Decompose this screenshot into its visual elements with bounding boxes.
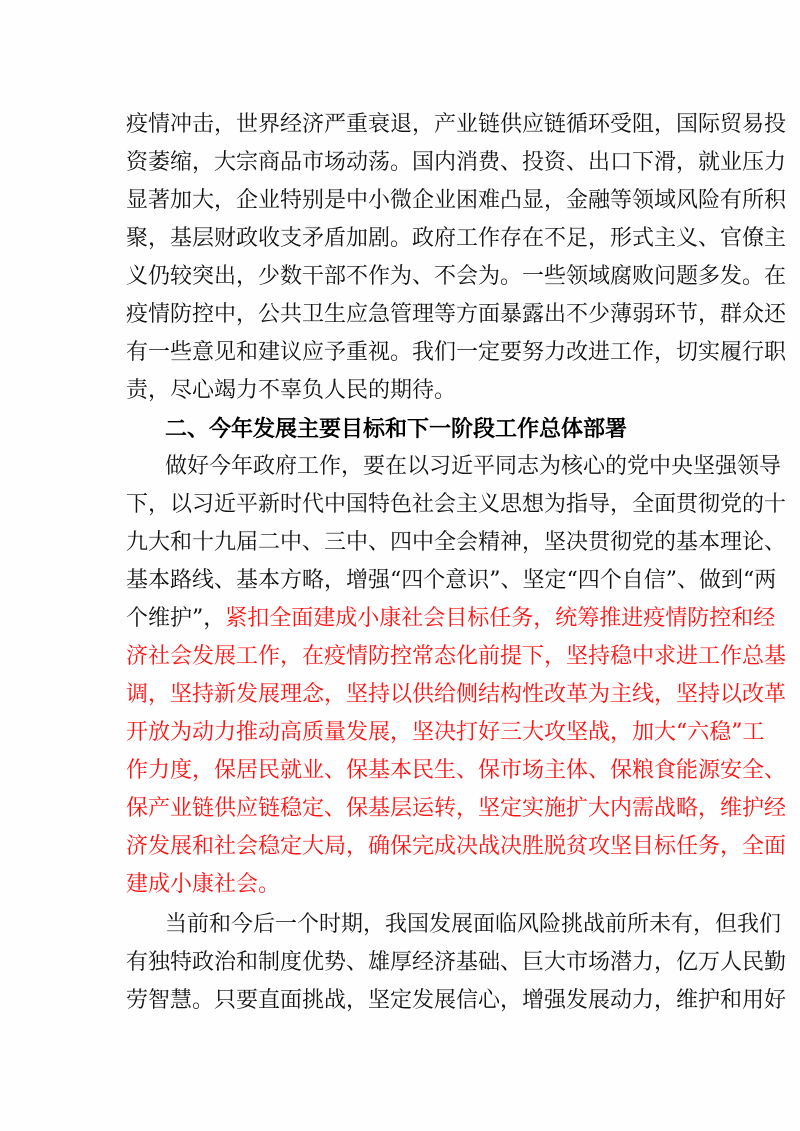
text-segment: 疫情防控中，公共卫生应急管理等方面暴露出不少薄弱环节，群众还 [126, 302, 786, 327]
text-segment: 有一些意见和建议应予重视。我们一定要努力改进工作，切实履行职 [126, 340, 786, 365]
highlighted-line: 保产业链供应链稳定、保基层运转，坚定实施扩大内需战略，维护经 [126, 794, 678, 824]
highlighted-text-segment: 济社会发展工作，在疫情防控常态化前提下，坚持稳中求进工作总基 [126, 644, 786, 669]
paragraph-line: 基本路线、基本方略，增强“四个意识”、坚定“四个自信”、做到“两 [126, 566, 678, 596]
paragraph-line: 疫情防控中，公共卫生应急管理等方面暴露出不少薄弱环节，群众还 [126, 300, 678, 330]
text-segment: 下，以习近平新时代中国特色社会主义思想为指导，全面贯彻党的十 [126, 492, 786, 517]
text-segment: 基本路线、基本方略，增强“四个意识”、坚定“四个自信”、做到“两 [126, 568, 776, 593]
paragraph-line: 聚，基层财政收支矛盾加剧。政府工作存在不足，形式主义、官僚主 [126, 224, 678, 254]
text-segment: 义仍较突出，少数干部不作为、不会为。一些领域腐败问题多发。在 [126, 264, 786, 289]
text-segment: 九大和十九届二中、三中、四中全会精神，坚决贯彻党的基本理论、 [126, 530, 786, 555]
document-page: 疫情冲击，世界经济严重衰退，产业链供应链循环受阻，国际贸易投 资萎缩，大宗商品市… [0, 0, 800, 1131]
highlighted-text-segment: 调，坚持新发展理念，坚持以供给侧结构性改革为主线，坚持以改革 [126, 682, 786, 707]
highlighted-line: 济发展和社会稳定大局，确保完成决战决胜脱贫攻坚目标任务，全面 [126, 832, 678, 862]
text-segment: 劳智慧。只要直面挑战，坚定发展信心，增强发展动力，维护和用好 [126, 988, 786, 1013]
text-segment: 疫情冲击，世界经济严重衰退，产业链供应链循环受阻，国际贸易投 [126, 112, 786, 137]
paragraph-line: 资萎缩，大宗商品市场动荡。国内消费、投资、出口下滑，就业压力 [126, 148, 678, 178]
text-segment: 显著加大，企业特别是中小微企业困难凸显，金融等领域风险有所积 [126, 188, 786, 213]
highlighted-text-segment: 作力度，保居民就业、保基本民生、保市场主体、保粮食能源安全、 [126, 758, 786, 783]
highlighted-text-segment: 保产业链供应链稳定、保基层运转，坚定实施扩大内需战略，维护经 [126, 796, 786, 821]
text-segment: 聚，基层财政收支矛盾加剧。政府工作存在不足，形式主义、官僚主 [126, 226, 786, 251]
highlighted-text-segment: 紧扣全面建成小康社会目标任务，统筹推进疫情防控和经 [225, 606, 775, 631]
section-heading: 二、今年发展主要目标和下一阶段工作总体部署 [165, 415, 678, 445]
paragraph-line: 有一些意见和建议应予重视。我们一定要努力改进工作，切实履行职 [126, 338, 678, 368]
highlighted-line: 作力度，保居民就业、保基本民生、保市场主体、保粮食能源安全、 [126, 756, 678, 786]
highlighted-line: 开放为动力推动高质量发展，坚决打好三大攻坚战，加大“六稳”工 [126, 718, 678, 748]
highlighted-text-segment: 开放为动力推动高质量发展，坚决打好三大攻坚战，加大“六稳”工 [126, 720, 765, 745]
highlighted-line: 调，坚持新发展理念，坚持以供给侧结构性改革为主线，坚持以改革 [126, 680, 678, 710]
text-segment: 个维护”， [126, 606, 225, 631]
paragraph-line: 做好今年政府工作，要在以习近平同志为核心的党中央坚强领导 [165, 452, 678, 482]
paragraph-line: 当前和今后一个时期，我国发展面临风险挑战前所未有，但我们 [165, 910, 678, 940]
highlighted-line: 济社会发展工作，在疫情防控常态化前提下，坚持稳中求进工作总基 [126, 642, 678, 672]
highlighted-text-segment: 济发展和社会稳定大局，确保完成决战决胜脱贫攻坚目标任务，全面 [126, 834, 786, 859]
heading-text: 二、今年发展主要目标和下一阶段工作总体部署 [165, 417, 627, 442]
highlighted-line: 建成小康社会。 [126, 870, 678, 900]
highlighted-text-segment: 建成小康社会。 [126, 872, 280, 897]
text-segment: 有独特政治和制度优势、雄厚经济基础、巨大市场潜力，亿万人民勤 [126, 950, 786, 975]
paragraph-line: 九大和十九届二中、三中、四中全会精神，坚决贯彻党的基本理论、 [126, 528, 678, 558]
paragraph-line: 下，以习近平新时代中国特色社会主义思想为指导，全面贯彻党的十 [126, 490, 678, 520]
text-segment: 做好今年政府工作，要在以习近平同志为核心的党中央坚强领导 [165, 454, 781, 479]
paragraph-line: 义仍较突出，少数干部不作为、不会为。一些领域腐败问题多发。在 [126, 262, 678, 292]
paragraph-line: 疫情冲击，世界经济严重衰退，产业链供应链循环受阻，国际贸易投 [126, 110, 678, 140]
paragraph-line: 有独特政治和制度优势、雄厚经济基础、巨大市场潜力，亿万人民勤 [126, 948, 678, 978]
text-segment: 责，尽心竭力不辜负人民的期待。 [126, 378, 456, 403]
paragraph-line: 个维护”，紧扣全面建成小康社会目标任务，统筹推进疫情防控和经 [126, 604, 678, 634]
text-segment: 资萎缩，大宗商品市场动荡。国内消费、投资、出口下滑，就业压力 [126, 150, 786, 175]
paragraph-line: 劳智慧。只要直面挑战，坚定发展信心，增强发展动力，维护和用好 [126, 986, 678, 1016]
text-segment: 当前和今后一个时期，我国发展面临风险挑战前所未有，但我们 [165, 912, 781, 937]
paragraph-line: 责，尽心竭力不辜负人民的期待。 [126, 376, 678, 406]
paragraph-line: 显著加大，企业特别是中小微企业困难凸显，金融等领域风险有所积 [126, 186, 678, 216]
